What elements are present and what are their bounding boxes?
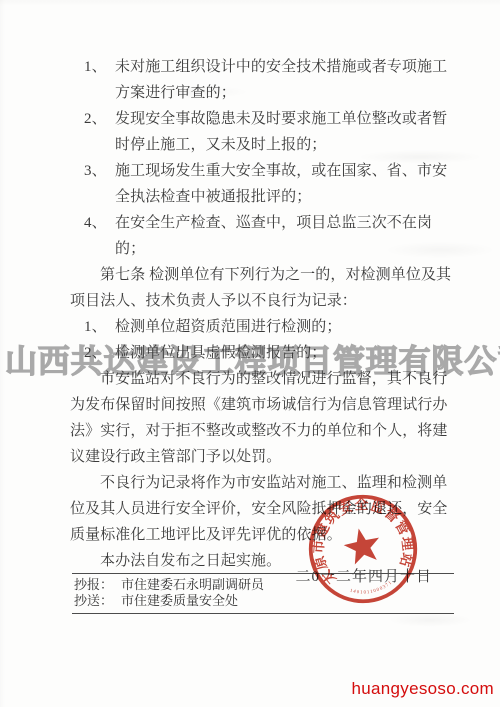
supervision-paragraph: 市安监站对不良行为的整改情况进行监督，其不良行为发布保留时间按照《建筑市场诚信行… [70,366,462,470]
list-item: 2、 检测单位出具虚假检测报告的； [70,340,462,366]
list-item: 3、 施工现场发生重大安全事故，或在国家、省、市安全执法检查中被通报批评的； [70,158,462,210]
list-item: 4、 在安全生产检查、巡查中，项目总监三次不在岗的； [70,210,462,262]
item-text: 在安全生产检查、巡查中，项目总监三次不在岗的； [115,215,432,257]
item-text: 发现安全事故隐患未及时要求施工单位整改或者暂时停止施工，又未及时上报的； [115,111,447,153]
copy-report-value: 市住建委石永明副调研员 [121,577,264,593]
document-page: 山西共达建设工程项目管理有限公司 1、 未对施工组织设计中的安全技术措施或者专项… [0,0,500,707]
item-text: 检测单位出具虚假检测报告的； [115,345,326,361]
document-body: 1、 未对施工组织设计中的安全技术措施或者专项施工方案进行审查的； 2、 发现安… [0,0,500,589]
list-item: 1、 未对施工组织设计中的安全技术措施或者专项施工方案进行审查的； [70,54,462,106]
copy-send-label: 抄送： [74,593,113,609]
item-number: 4、 [84,210,107,236]
official-seal: 太原市建筑安全监督管理站 1401011000371 [295,481,430,616]
copy-report-label: 抄报： [74,577,113,593]
item-number: 2、 [84,340,107,366]
item-number: 2、 [84,106,107,132]
item-text: 检测单位超资质范围进行检测的； [115,319,342,335]
item-number: 3、 [84,158,107,184]
copy-send-value: 市住建委质量安全处 [121,593,238,609]
article-7-paragraph: 第七条 检测单位有下列行为之一的，对检测单位及其项目法人、技术负责人予以不良行为… [70,262,462,314]
item-number: 1、 [84,314,107,340]
star-icon [341,525,383,566]
site-watermark: huangyesoso.com [352,679,494,699]
list-item: 1、 检测单位超资质范围进行检测的； [70,314,462,340]
item-number: 1、 [84,54,107,80]
item-text: 施工现场发生重大安全事故，或在国家、省、市安全执法检查中被通报批评的； [115,163,447,205]
list-item: 2、 发现安全事故隐患未及时要求施工单位整改或者暂时停止施工，又未及时上报的； [70,106,462,158]
item-text: 未对施工组织设计中的安全技术措施或者专项施工方案进行审查的； [115,59,447,101]
